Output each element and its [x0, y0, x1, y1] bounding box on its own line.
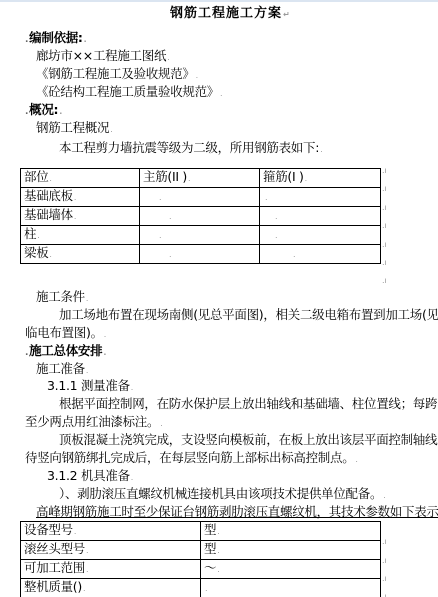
table-cell: .: [260, 188, 381, 207]
conditions-text-1: 加工场地布置在现场南侧(见总平面图)，相关二级电箱布置到加工场(见: [59, 307, 438, 323]
body-text: 根据平面控制网，在防水保护层上放出轴线和基础墙、柱位置线；每跨: [59, 396, 437, 411]
survey-text-2: 至少两点用红油漆标注。.: [25, 414, 162, 432]
table-cell: 梁板.: [21, 245, 140, 264]
overview-text: 本工程剪力墙抗震等级为二级，所用钢筋表如下:.: [59, 140, 322, 158]
top-border: [0, 0, 438, 2]
table-cell: 滚丝头型号.: [21, 541, 201, 560]
survey-text-4: 待竖向钢筋绑扎完成后，在每层竖向筋上部标出标高控制点。.: [25, 450, 358, 468]
row-end-mark: .ı: [382, 258, 387, 267]
table-cell: 基础墙体.: [21, 207, 140, 226]
paragraph-mark: .: [84, 35, 87, 44]
overview-subheading: 钢筋工程概况.: [36, 120, 112, 138]
paragraph-mark: .: [86, 366, 88, 375]
table-row: 基础墙体. . .: [21, 207, 381, 226]
body-text: 加工场地布置在现场南侧(见总平面图)，相关二级电箱布置到加工场(见: [59, 307, 438, 322]
paragraph-mark: .: [320, 145, 322, 154]
heading-text: 概况:: [29, 102, 58, 117]
table-cell: .: [260, 245, 381, 264]
subheading-text: 施工条件: [36, 289, 85, 304]
conditions-text-2: 临电布置图)。.: [25, 325, 106, 343]
table-cell: 型.: [201, 522, 381, 541]
title-text: 钢筋工程施工方案: [170, 6, 282, 21]
row-end-mark: .ı: [382, 574, 387, 583]
bullet: .: [25, 107, 28, 117]
rebar-table: 部位. 主筋(II ). 箍筋(I ). 基础底板. . . 基础墙体. . .…: [20, 168, 381, 264]
table-cell: .: [140, 207, 260, 226]
row-end-mark: .ı: [382, 221, 387, 230]
body-text: 待竖向钢筋绑扎完成后，在每层竖向筋上部标出标高控制点。: [25, 450, 354, 465]
table-cell: 可加工范围.: [21, 560, 201, 579]
body-text: 至少两点用红油漆标注。: [25, 414, 159, 429]
subheading-text: 施工准备: [36, 361, 85, 376]
paragraph-mark: .: [167, 53, 169, 62]
subheading-text: 3.1.2 机具准备: [47, 468, 130, 483]
table-row: 可加工范围. ～.: [21, 560, 381, 579]
bullet: .: [25, 348, 28, 358]
table-row: 设备型号. 型.: [21, 522, 381, 541]
paragraph-mark: .: [131, 473, 133, 482]
paragraph-mark: .: [196, 71, 198, 80]
body-text: ）、剥肋滚压直螺纹机械连接机具由该项技术提供单位配备。: [59, 486, 382, 501]
conditions-heading: 施工条件.: [36, 289, 88, 307]
header-cell: 主筋(II ).: [140, 169, 260, 188]
row-end-mark: .ı: [382, 556, 387, 565]
table-row: 整机质量(). .: [21, 579, 381, 597]
table-cell: 基础底板.: [21, 188, 140, 207]
heading-overview: .概况:.: [25, 102, 62, 120]
table-row: 梁板. . .: [21, 245, 381, 264]
table-cell: .: [260, 226, 381, 245]
header-cell: 箍筋(I ).: [260, 169, 381, 188]
paragraph-mark: .: [104, 330, 106, 339]
table-row: 基础底板. . .: [21, 188, 381, 207]
survey-heading: 3.1.1 测量准备.: [47, 378, 133, 396]
bullet: .: [25, 35, 28, 45]
paragraph-mark: ↵: [283, 10, 291, 19]
table-cell: 设备型号.: [21, 522, 201, 541]
basis-item-2: 《钢筋工程施工及验收规范》.: [36, 66, 198, 84]
row-end-mark: .ı: [382, 240, 387, 249]
paragraph-mark: .: [103, 348, 106, 357]
survey-text-3: 顶板混凝土浇筑完成，支设竖向模板前，在板上放出该层平面控制轴线。: [59, 432, 438, 448]
body-text: 临电布置图)。: [25, 325, 103, 340]
basis-text: 《砼结构工程施工质量验收规范》: [36, 84, 219, 99]
table-cell: .: [201, 579, 381, 597]
table-cell: ～.: [201, 560, 381, 579]
machine-heading: 3.1.2 机具准备.: [47, 468, 133, 486]
subheading-text: 3.1.1 测量准备: [47, 378, 130, 393]
machine-text: ）、剥肋滚压直螺纹机械连接机具由该项技术提供单位配备。.: [59, 486, 385, 504]
heading-text: 施工总体安排: [29, 343, 102, 358]
table-cell: 整机质量().: [21, 579, 201, 597]
document-title: 钢筋工程施工方案↵: [170, 6, 291, 23]
basis-text: 廊坊市××工程施工图纸: [36, 48, 166, 63]
table-cell: .: [140, 245, 260, 264]
row-end-mark: .ı: [382, 166, 387, 175]
row-end-mark: .ı: [382, 203, 387, 212]
row-end-mark: .ı: [382, 537, 387, 546]
paragraph-mark: .: [160, 419, 162, 428]
heading-arrangement: .施工总体安排.: [25, 343, 106, 361]
table-header-row: 部位. 主筋(II ). 箍筋(I ).: [21, 169, 381, 188]
paragraph-mark: .: [59, 107, 62, 116]
paragraph-mark: .ı: [382, 276, 387, 285]
body-text: 顶板混凝土浇筑完成，支设竖向模板前，在板上放出该层平面控制轴线。: [59, 432, 438, 447]
paragraph-mark: .: [86, 294, 88, 303]
paragraph-mark: .: [220, 89, 222, 98]
basis-item-1: 廊坊市××工程施工图纸.: [36, 48, 169, 66]
paragraph-mark: .: [355, 455, 357, 464]
table-cell: .: [140, 226, 260, 245]
body-text: 高峰期钢筋施工时至少保证台钢筋剥肋滚压直螺纹机，其技术参数如下表示:: [36, 504, 438, 519]
row-end-mark: .ı: [382, 592, 387, 597]
prep-heading: 施工准备.: [36, 361, 88, 379]
paragraph-mark: .: [131, 383, 133, 392]
table-cell: .: [260, 207, 381, 226]
table-row: 柱. . .: [21, 226, 381, 245]
table-cell: .: [140, 188, 260, 207]
heading-text: 编制依据:: [29, 30, 83, 45]
heading-basis: .编制依据:.: [25, 30, 86, 48]
paragraph-mark: .: [110, 125, 112, 134]
basis-item-3: 《砼结构工程施工质量验收规范》.: [36, 84, 222, 102]
table-cell: 型.: [201, 541, 381, 560]
basis-text: 《钢筋工程施工及验收规范》: [36, 66, 195, 81]
machine-text-2: 高峰期钢筋施工时至少保证台钢筋剥肋滚压直螺纹机，其技术参数如下表示:.: [36, 504, 438, 522]
table-cell: 柱.: [21, 226, 140, 245]
machine-table: 设备型号. 型. 滚丝头型号. 型. 可加工范围. ～. 整机质量(). .: [20, 521, 381, 597]
subheading-text: 钢筋工程概况: [36, 120, 109, 135]
paragraph-mark: .: [383, 491, 385, 500]
row-end-mark: .ı: [382, 184, 387, 193]
header-cell: 部位.: [21, 169, 140, 188]
table-row: 滚丝头型号. 型.: [21, 541, 381, 560]
survey-text-1: 根据平面控制网，在防水保护层上放出轴线和基础墙、柱位置线；每跨: [59, 396, 437, 412]
body-text: 本工程剪力墙抗震等级为二级，所用钢筋表如下:: [59, 140, 319, 155]
